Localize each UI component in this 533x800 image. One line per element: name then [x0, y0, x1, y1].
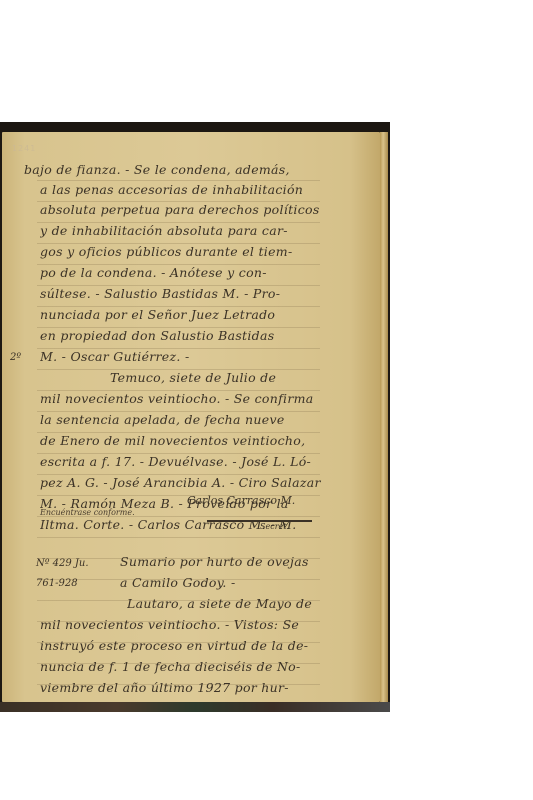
ledger-page: 1241 bajo de fianza. - Se le condena, ad…: [2, 132, 380, 702]
entry2-line: la sentencia apelada, de fecha nueve: [40, 410, 340, 430]
entry1-line: en propiedad don Salustio Bastidas: [40, 326, 340, 346]
entry2-line: de Enero de mil novecientos veintiocho,: [40, 431, 340, 451]
entry3-margin-note: Nº 429 Ju.: [36, 558, 89, 569]
entry1-line: M. - Oscar Gutiérrez. -: [40, 347, 340, 367]
entry3-line: a Camilo Godoy. -: [120, 573, 330, 593]
entry1-line: gos y oficios públicos durante el tiem-: [40, 242, 340, 262]
entry3-line: mil novecientos veintiocho. - Vistos: Se: [40, 615, 340, 635]
entry1-line: súltese. - Salustio Bastidas M. - Pro-: [40, 284, 340, 304]
entry1-line: a las penas accesorias de inhabilitación: [40, 180, 340, 200]
entry1-line: y de inhabilitación absoluta para car-: [40, 221, 340, 241]
page-stamp: 1241: [12, 144, 36, 153]
scan-bottom-strip: [0, 702, 390, 712]
entry3-line: viembre del año último 1927 por hur-: [40, 678, 340, 698]
entry2-line: escrita a f. 17. - Devuélvase. - José L.…: [40, 452, 340, 472]
page-edge: [380, 132, 388, 704]
entry2-margin-number: 2º: [10, 352, 21, 363]
entry2-line: Iltma. Corte. - Carlos Carrasco M. - M.: [40, 515, 340, 535]
signature-mark: Secret.: [260, 522, 289, 531]
entry2-signature: Carlos Carrasco M.: [187, 494, 295, 507]
entry2-line: mil novecientos veintiocho. - Se confirm…: [40, 389, 340, 409]
scanned-page-frame: 1241 bajo de fianza. - Se le condena, ad…: [0, 122, 390, 712]
entry1-line: po de la condena. - Anótese y con-: [40, 263, 340, 283]
entry3-line: Lautaro, a siete de Mayo de: [127, 594, 332, 614]
entry2-line: Temuco, siete de Julio de: [40, 368, 340, 388]
entry1-line: nunciada por el Señor Juez Letrado: [40, 305, 340, 325]
entry3-line: instruyó este proceso en virtud de la de…: [40, 636, 340, 656]
entry1-line: bajo de fianza. - Se le condena, además,: [24, 160, 324, 180]
entry3-margin-note: 761-928: [36, 578, 78, 589]
entry1-line: absoluta perpetua para derechos político…: [40, 200, 340, 220]
entry3-line: Sumario por hurto de ovejas: [120, 552, 330, 572]
entry3-line: nuncia de f. 1 de fecha dieciséis de No-: [40, 657, 340, 677]
entry2-line: pez A. G. - José Arancibia A. - Ciro Sal…: [40, 473, 340, 493]
entry2-note-line: Encuéntrase conforme.: [40, 508, 135, 517]
